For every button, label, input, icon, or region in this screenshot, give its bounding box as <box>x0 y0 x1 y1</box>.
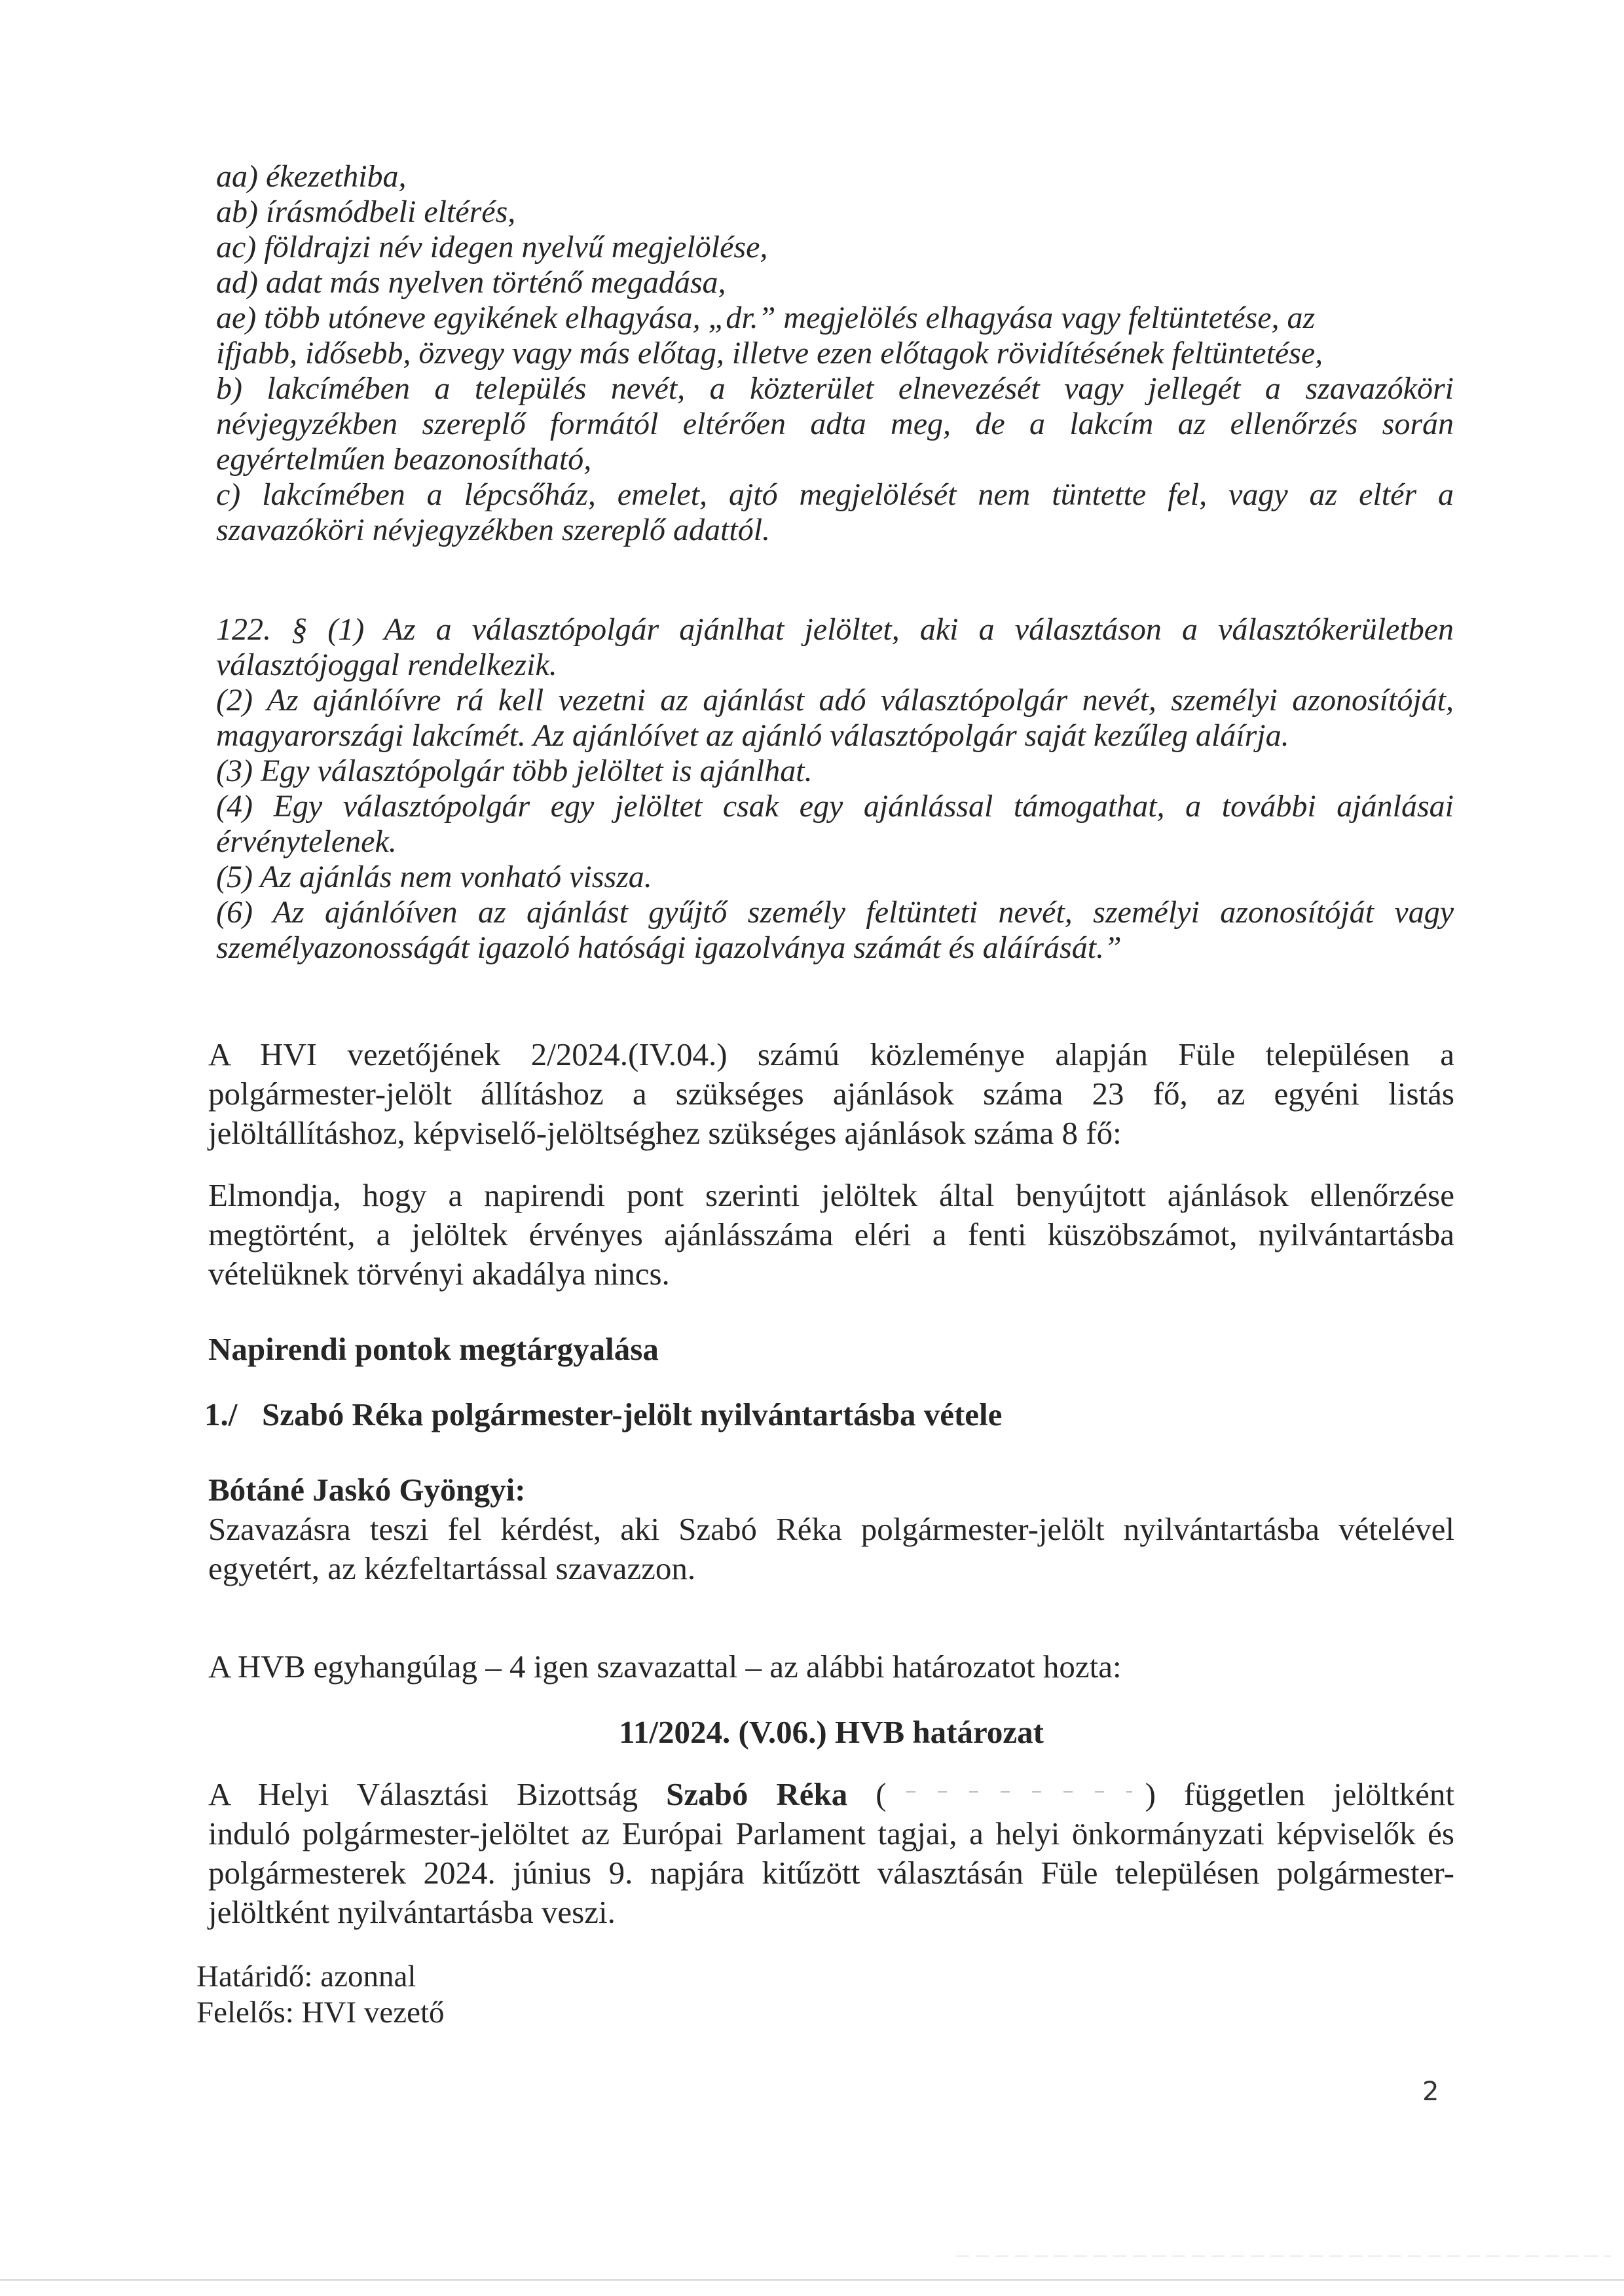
hvi-paragraph-line: polgármester-jelölt állításhoz a szükség… <box>208 1075 1454 1112</box>
elmondja-paragraph-line: megtörtént, a jelöltek érvényes ajánláss… <box>208 1216 1454 1253</box>
speaker-statement-line: egyetért, az kézfeltartással szavazzon. <box>208 1550 1454 1587</box>
law-section-122-6-cont: személyazonosságát igazoló hatósági igaz… <box>216 930 1454 966</box>
law-item-c-cont: szavazóköri névjegyzékben szereplő adatt… <box>216 512 1454 548</box>
elmondja-paragraph-line: vételüknek törvényi akadálya nincs. <box>208 1255 1454 1292</box>
law-item-ac: ac) földrajzi név idegen nyelvű megjelöl… <box>216 229 1454 265</box>
redacted-open-paren: ( <box>876 1776 886 1812</box>
law-item-ad: ad) adat más nyelven történő megadása, <box>216 264 1454 301</box>
law-section-122-1-cont: választójoggal rendelkezik. <box>216 647 1454 683</box>
law-section-122-4-cont: érvénytelenek. <box>216 824 1454 860</box>
document-page: aa) ékezethiba, ab) írásmódbeli eltérés,… <box>0 0 1624 2296</box>
law-item-b-cont: egyértelműen beazonosítható, <box>216 441 1454 477</box>
law-section-122-2: (2) Az ajánlóívre rá kell vezetni az ajá… <box>216 682 1454 718</box>
page-number: 2 <box>1422 2077 1439 2107</box>
law-section-122-6: (6) Az ajánlóíven az ajánlást gyűjtő sze… <box>216 894 1454 930</box>
speaker-statement-line: Szavazásra teszi fel kérdést, aki Szabó … <box>208 1510 1454 1548</box>
law-section-122-3: (3) Egy választópolgár több jelöltet is … <box>216 753 1454 789</box>
law-item-c: c) lakcímében a lépcsőház, emelet, ajtó … <box>216 477 1454 513</box>
hvi-paragraph-line: A HVI vezetőjének 2/2024.(IV.04.) számú … <box>208 1036 1454 1073</box>
law-section-122-5: (5) Az ajánlás nem vonható vissza. <box>216 859 1454 895</box>
deadline: Határidő: azonnal <box>196 1959 416 1994</box>
law-item-ab: ab) írásmódbeli eltérés, <box>216 194 1454 230</box>
law-section-122-2-cont: magyarországi lakcímét. Az ajánlóívet az… <box>216 718 1454 754</box>
law-item-b: b) lakcímében a település nevét, a közte… <box>216 371 1454 407</box>
decision-line: jelöltként nyilvántartásba veszi. <box>208 1893 1454 1931</box>
decision-prefix: A Helyi Választási Bizottság <box>208 1776 638 1812</box>
law-item-b-cont: névjegyzékben szereplő formától eltérően… <box>216 406 1454 442</box>
decision-line: induló polgármester-jelöltet az Európai … <box>208 1815 1454 1852</box>
decision-suffix: független jelöltként <box>1184 1776 1454 1812</box>
vote-result: A HVB egyhangúlag – 4 igen szavazattal –… <box>208 1648 1122 1685</box>
redacted-personal-data <box>887 1786 1145 1810</box>
speaker-name: Bótáné Jaskó Gyöngyi: <box>208 1471 526 1508</box>
agenda-item-title: Szabó Réka polgármester-jelölt nyilvánta… <box>262 1396 1002 1433</box>
scan-edge-line <box>0 2279 1624 2281</box>
agenda-heading: Napirendi pontok megtárgyalása <box>208 1330 659 1368</box>
law-item-ae: ae) több utóneve egyikének elhagyása, „d… <box>216 300 1454 336</box>
agenda-item-number: 1./ <box>204 1396 237 1433</box>
decision-title: 11/2024. (V.06.) HVB határozat <box>208 1713 1454 1751</box>
candidate-name: Szabó Réka <box>666 1776 847 1812</box>
responsible: Felelős: HVI vezető <box>196 1995 445 2030</box>
decision-line-1: A Helyi Választási Bizottság Szabó Réka … <box>208 1776 1454 1813</box>
decision-line: polgármesterek 2024. június 9. napjára k… <box>208 1854 1454 1891</box>
hvi-paragraph-line: jelöltállításhoz, képviselő-jelöltséghez… <box>208 1114 1454 1152</box>
law-section-122-4: (4) Egy választópolgár egy jelöltet csak… <box>216 788 1454 824</box>
scan-artifact-line <box>956 2255 1611 2257</box>
elmondja-paragraph-line: Elmondja, hogy a napirendi pont szerinti… <box>208 1176 1454 1214</box>
redacted-close-paren: ) <box>1145 1776 1156 1812</box>
law-item-ae-cont: ifjabb, idősebb, özvegy vagy más előtag,… <box>216 335 1454 371</box>
law-item-aa: aa) ékezethiba, <box>216 158 1454 194</box>
law-section-122-1: 122. § (1) Az a választópolgár ajánlhat … <box>216 611 1454 647</box>
